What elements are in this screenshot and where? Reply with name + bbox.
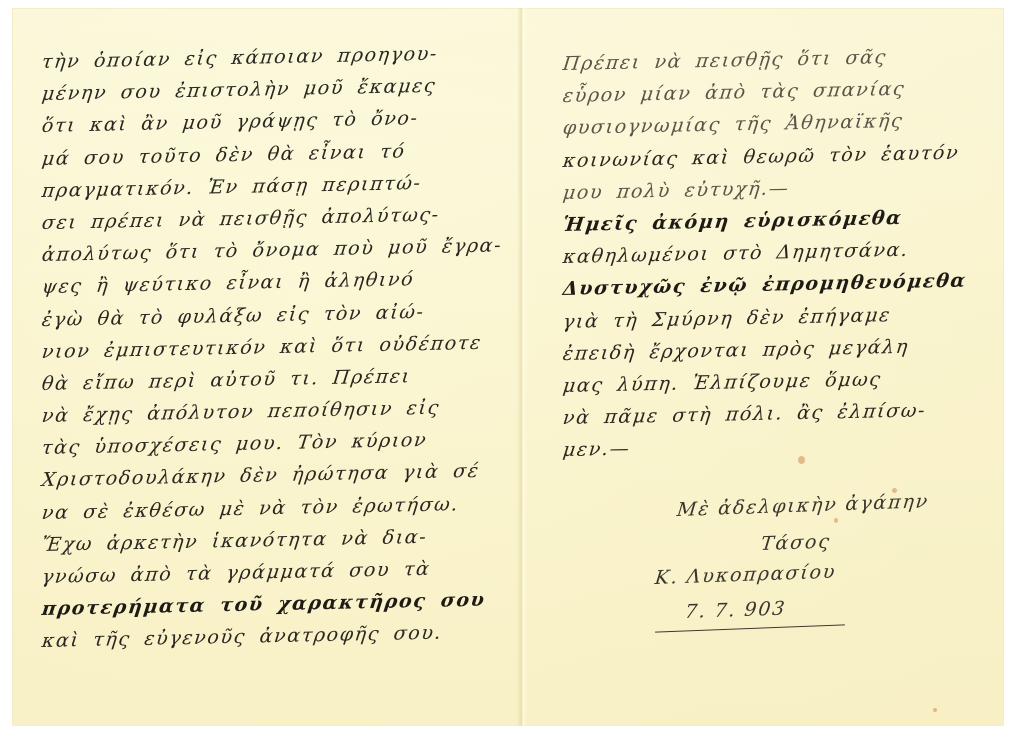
right-page: Πρέπει νὰ πεισθῇς ὅτι σᾶς εὗρον μίαν ἀπὸ… xyxy=(527,8,1004,726)
center-fold xyxy=(517,8,527,726)
letter-sheet: τὴν ὁποίαν εἰς κάποιαν προηγου- μένην σο… xyxy=(12,8,1004,726)
ink-stain xyxy=(933,708,937,712)
ink-stain xyxy=(892,488,897,493)
ink-stain xyxy=(798,456,805,464)
scanned-document: τὴν ὁποίαν εἰς κάποιαν προηγου- μένην σο… xyxy=(0,0,1024,737)
left-page-text: τὴν ὁποίαν εἰς κάποιαν προηγου- μένην σο… xyxy=(42,46,502,658)
letter-closing: Μὲ ἀδελφικὴν ἀγάπην Τάσος Κ. Λυκοπρασίου… xyxy=(677,493,997,629)
ink-stain xyxy=(834,518,838,523)
left-page: τὴν ὁποίαν εἰς κάποιαν προηγου- μένην σο… xyxy=(12,8,517,726)
right-page-text: Πρέπει νὰ πεισθῇς ὅτι σᾶς εὗρον μίαν ἀπὸ… xyxy=(563,48,993,466)
